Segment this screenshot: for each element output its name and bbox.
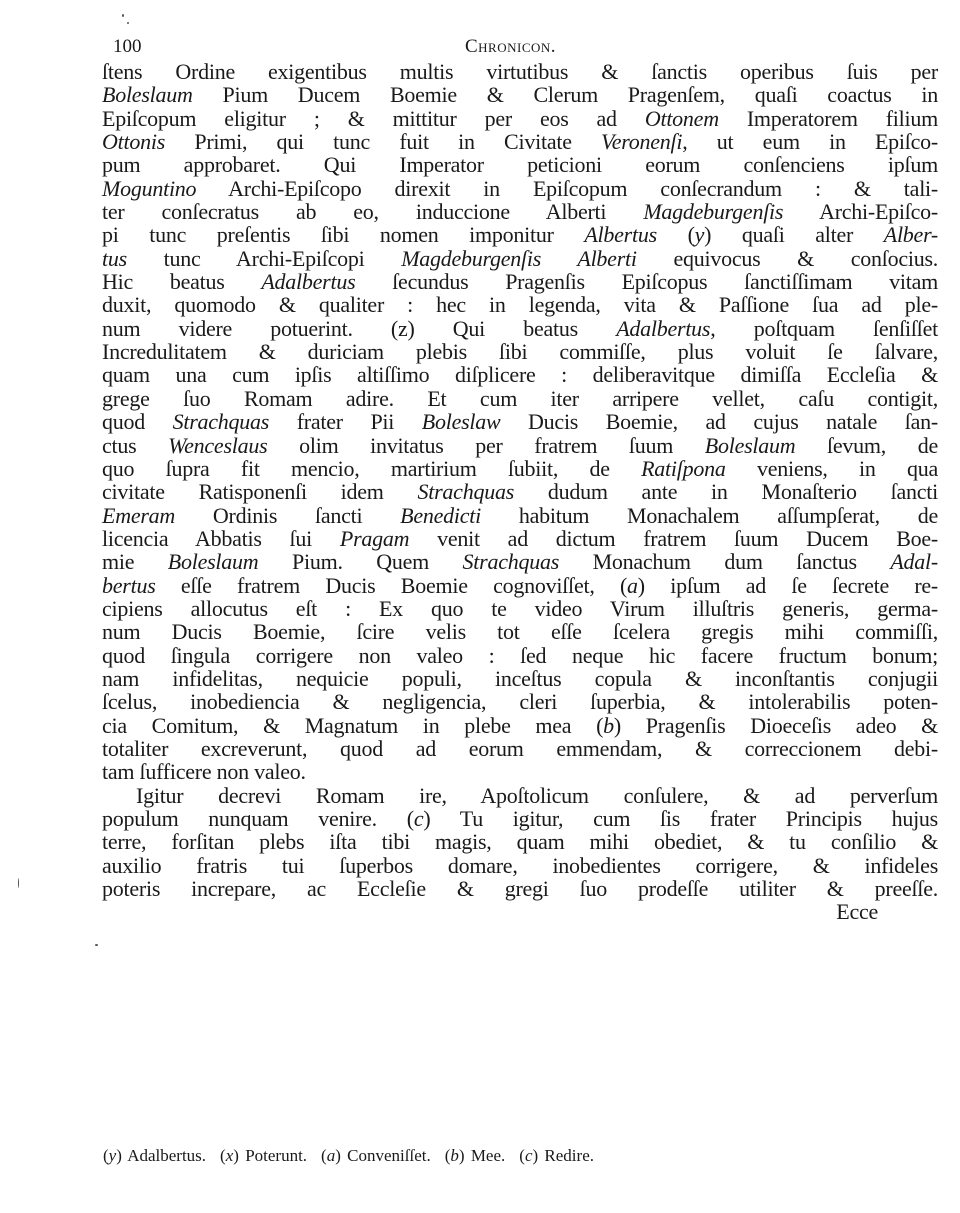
italic-span: Strachquas (463, 549, 560, 574)
text-span: , ut eum in Epiſco- (682, 129, 938, 154)
text-span: licencia Abbatis ſui (102, 526, 340, 551)
text-line: grege ſuo Romam adire. Et cum iter arrip… (102, 387, 938, 410)
text-line: ctus Wenceslaus olim invitatus per fratr… (102, 434, 938, 457)
text-span: Archi-Epiſcopo direxit in Epiſcopum conſ… (196, 176, 938, 201)
page-number: 100 (113, 36, 142, 58)
text-line: mie Boleslaum Pium. Quem Strachquas Mona… (102, 550, 938, 573)
text-line: populum nunquam venire. (c) Tu igitur, c… (102, 807, 938, 830)
text-line: cipiens allocutus eſt : Ex quo te video … (102, 597, 938, 620)
text-span: Monachum dum ſanctus (559, 549, 890, 574)
text-line: quod ſingula corrigere non valeo : ſed n… (102, 644, 938, 667)
text-span: quod ſingula corrigere non valeo : ſed n… (102, 643, 938, 668)
text-line: civitate Ratisponenſi idem Strachquas du… (102, 480, 938, 503)
text-span: duxit, quomodo & qualiter : hec in legen… (102, 292, 938, 317)
text-span: ſtens Ordine exigentibus multis virtutib… (102, 59, 938, 84)
text-span: pum approbaret. Qui Imperator peticioni … (102, 152, 938, 177)
text-line: Incredulitatem & duriciam plebis ſibi co… (102, 340, 938, 363)
italic-span: c (414, 806, 424, 831)
text-span: ctus (102, 433, 168, 458)
scan-speck (95, 944, 98, 946)
footnote-text: Poterunt. (245, 1146, 307, 1165)
text-span: Hic beatus (102, 269, 261, 294)
text-span: Ducis Boemie, ad cujus natale ſan- (500, 409, 938, 434)
text-line: pi tunc preſentis ſibi nomen imponitur A… (102, 223, 938, 246)
italic-span: Adal- (890, 549, 938, 574)
text-span: terre, forſitan plebs iſta tibi magis, q… (102, 829, 938, 854)
text-span: veniens, in qua (726, 456, 938, 481)
italic-span: Boleslaum (102, 82, 193, 107)
text-line: cia Comitum, & Magnatum in plebe mea (b)… (102, 714, 938, 737)
italic-span: Emeram (102, 503, 175, 528)
text-span: pi tunc preſentis ſibi nomen imponitur (102, 222, 584, 247)
text-span: civitate Ratisponenſi idem (102, 479, 418, 504)
footnote-mark: c (525, 1146, 533, 1165)
text-line: Igitur decrevi Romam ire, Apoſtolicum co… (102, 784, 938, 807)
text-span: num videre potuerint. (z) Qui beatus (102, 316, 616, 341)
text-span: dudum ante in Monaſterio ſancti (514, 479, 938, 504)
scan-speck (122, 14, 124, 17)
text-span: cipiens allocutus eſt : Ex quo te video … (102, 596, 938, 621)
text-span: Epiſcopum eligitur ; & mittitur per eos … (102, 106, 645, 131)
text-line: Moguntino Archi-Epiſcopo direxit in Epiſ… (102, 177, 938, 200)
text-line: num videre potuerint. (z) Qui beatus Ada… (102, 317, 938, 340)
italic-span: Alber- (884, 222, 938, 247)
text-span: Ecce (836, 899, 878, 924)
scanned-book-page: 100 Chronicon. ſtens Ordine exigentibus … (0, 0, 960, 1213)
italic-span: Strachquas (418, 479, 515, 504)
text-span: ) quaſi alter (704, 222, 884, 247)
text-line: ſtens Ordine exigentibus multis virtutib… (102, 60, 938, 83)
text-span: ſecundus Pragenſis Epiſcopus ſanctiſſima… (355, 269, 938, 294)
italic-span: Magdeburgenſis Alberti (401, 246, 637, 271)
running-title: Chronicon. (465, 36, 556, 58)
footnote-text: Adalbertus. (127, 1146, 206, 1165)
text-span: eſſe fratrem Ducis Boemie cognoviſſet, ( (156, 573, 628, 598)
text-span: ſcelus, inobediencia & negligencia, cler… (102, 689, 938, 714)
footnote: (y) Adalbertus. (103, 1146, 206, 1165)
italic-span: a (627, 573, 638, 598)
scan-speck (18, 878, 19, 888)
text-line: auxilio fratris tui ſuperbos domare, ino… (102, 854, 938, 877)
text-span: venit ad dictum fratrem ſuum Ducem Boe- (409, 526, 938, 551)
text-line: licencia Abbatis ſui Pragam venit ad dic… (102, 527, 938, 550)
text-span: quo ſupra fit mencio, martirium ſubiit, … (102, 456, 641, 481)
text-line: Hic beatus Adalbertus ſecundus Pragenſis… (102, 270, 938, 293)
text-line: Boleslaum Pium Ducem Boemie & Clerum Pra… (102, 83, 938, 106)
text-line: poteris increpare, ac Eccleſie & gregi ſ… (102, 877, 938, 900)
text-span: Pium Ducem Boemie & Clerum Pragenſem, qu… (193, 82, 938, 107)
text-span: cia Comitum, & Magnatum in plebe mea ( (102, 713, 603, 738)
italic-span: Ottonis (102, 129, 165, 154)
text-line: ſcelus, inobediencia & negligencia, cler… (102, 690, 938, 713)
text-span: totaliter excreverunt, quod ad eorum emm… (102, 736, 938, 761)
catchword: Ecce (102, 900, 938, 923)
footnote-text: Redire. (544, 1146, 594, 1165)
body-text: ſtens Ordine exigentibus multis virtutib… (102, 60, 938, 924)
italic-span: Adalbertus (261, 269, 355, 294)
text-span: Pium. Quem (258, 549, 462, 574)
text-line: quod Strachquas frater Pii Boleslaw Duci… (102, 410, 938, 433)
text-span: olim invitatus per fratrem ſuum (267, 433, 704, 458)
text-line: tus tunc Archi-Epiſcopi Magdeburgenſis A… (102, 247, 938, 270)
text-line: Ottonis Primi, qui tunc fuit in Civitate… (102, 130, 938, 153)
text-span: quod (102, 409, 173, 434)
text-span: tam ſufficere non valeo. (102, 759, 306, 784)
footnote: (b) Mee. (445, 1146, 506, 1165)
text-line: bertus eſſe fratrem Ducis Boemie cognovi… (102, 574, 938, 597)
text-span: poteris increpare, ac Eccleſie & gregi ſ… (102, 876, 938, 901)
text-line: Emeram Ordinis ſancti Benedicti habitum … (102, 504, 938, 527)
text-span: tunc Archi-Epiſcopi (127, 246, 401, 271)
text-span: Imperatorem filium (719, 106, 938, 131)
text-span: Primi, qui tunc fuit in Civitate (165, 129, 601, 154)
text-line: nam infidelitas, nequicie populi, inceſt… (102, 667, 938, 690)
text-span: ter conſecratus ab eo, induccione Albert… (102, 199, 643, 224)
italic-span: Boleslaum (168, 549, 259, 574)
italic-span: Veronenſi (601, 129, 682, 154)
footnote-mark: x (226, 1146, 234, 1165)
text-span: auxilio fratris tui ſuperbos domare, ino… (102, 853, 938, 878)
text-span: grege ſuo Romam adire. Et cum iter arrip… (102, 386, 938, 411)
footnote: (a) Conveniſſet. (321, 1146, 431, 1165)
text-span: nam infidelitas, nequicie populi, inceſt… (102, 666, 938, 691)
italic-span: y (695, 222, 705, 247)
text-span: , poſtquam ſenſiſſet (710, 316, 938, 341)
footnote-text: Mee. (471, 1146, 505, 1165)
footnote-mark: b (450, 1146, 459, 1165)
text-line: pum approbaret. Qui Imperator peticioni … (102, 153, 938, 176)
italic-span: Boleslaum (705, 433, 796, 458)
footnote: (c) Redire. (519, 1146, 594, 1165)
text-line: totaliter excreverunt, quod ad eorum emm… (102, 737, 938, 760)
text-span: Incredulitatem & duriciam plebis ſibi co… (102, 339, 938, 364)
text-span: ) Pragenſis Dioeceſis adeo & (614, 713, 938, 738)
footnotes: (y) Adalbertus.(x) Poterunt.(a) Conveniſ… (103, 1146, 608, 1166)
text-line: ter conſecratus ab eo, induccione Albert… (102, 200, 938, 223)
text-line: terre, forſitan plebs iſta tibi magis, q… (102, 830, 938, 853)
footnote-mark: a (327, 1146, 336, 1165)
italic-span: Ottonem (645, 106, 719, 131)
italic-span: Pragam (340, 526, 409, 551)
italic-span: Moguntino (102, 176, 196, 201)
text-span: populum nunquam venire. ( (102, 806, 414, 831)
text-line: duxit, quomodo & qualiter : hec in legen… (102, 293, 938, 316)
text-span: ſevum, de (795, 433, 938, 458)
italic-span: Magdeburgenſis (643, 199, 783, 224)
italic-span: Benedicti (400, 503, 481, 528)
text-span: frater Pii (269, 409, 422, 434)
italic-span: bertus (102, 573, 156, 598)
italic-span: Strachquas (173, 409, 270, 434)
text-line: tam ſufficere non valeo. (102, 760, 938, 783)
text-span: habitum Monachalem aſſumpſerat, de (481, 503, 938, 528)
text-span: ) Tu igitur, cum ſis frater Principis hu… (423, 806, 938, 831)
footnote-text: Conveniſſet. (347, 1146, 431, 1165)
text-line: quo ſupra fit mencio, martirium ſubiit, … (102, 457, 938, 480)
text-span: Igitur decrevi Romam ire, Apoſtolicum co… (136, 783, 938, 808)
italic-span: Adalbertus (616, 316, 710, 341)
scan-speck (127, 22, 129, 24)
text-line: num Ducis Boemie, ſcire velis tot eſſe ſ… (102, 620, 938, 643)
text-line: quam una cum ipſis altiſſimo diſplicere … (102, 363, 938, 386)
text-span: quam una cum ipſis altiſſimo diſplicere … (102, 362, 938, 387)
italic-span: Wenceslaus (168, 433, 267, 458)
text-span: mie (102, 549, 168, 574)
italic-span: Albertus (584, 222, 657, 247)
text-span: ) ipſum ad ſe ſecrete re- (638, 573, 938, 598)
italic-span: Boleslaw (422, 409, 501, 434)
text-span: ( (657, 222, 695, 247)
text-line: Epiſcopum eligitur ; & mittitur per eos … (102, 107, 938, 130)
footnote: (x) Poterunt. (220, 1146, 307, 1165)
footnote-mark: y (109, 1146, 117, 1165)
italic-span: b (603, 713, 614, 738)
italic-span: Ratiſpona (641, 456, 726, 481)
text-span: Archi-Epiſco- (783, 199, 938, 224)
text-span: equivocus & conſocius. (637, 246, 938, 271)
italic-span: tus (102, 246, 127, 271)
text-span: num Ducis Boemie, ſcire velis tot eſſe ſ… (102, 619, 938, 644)
text-span: Ordinis ſancti (175, 503, 400, 528)
